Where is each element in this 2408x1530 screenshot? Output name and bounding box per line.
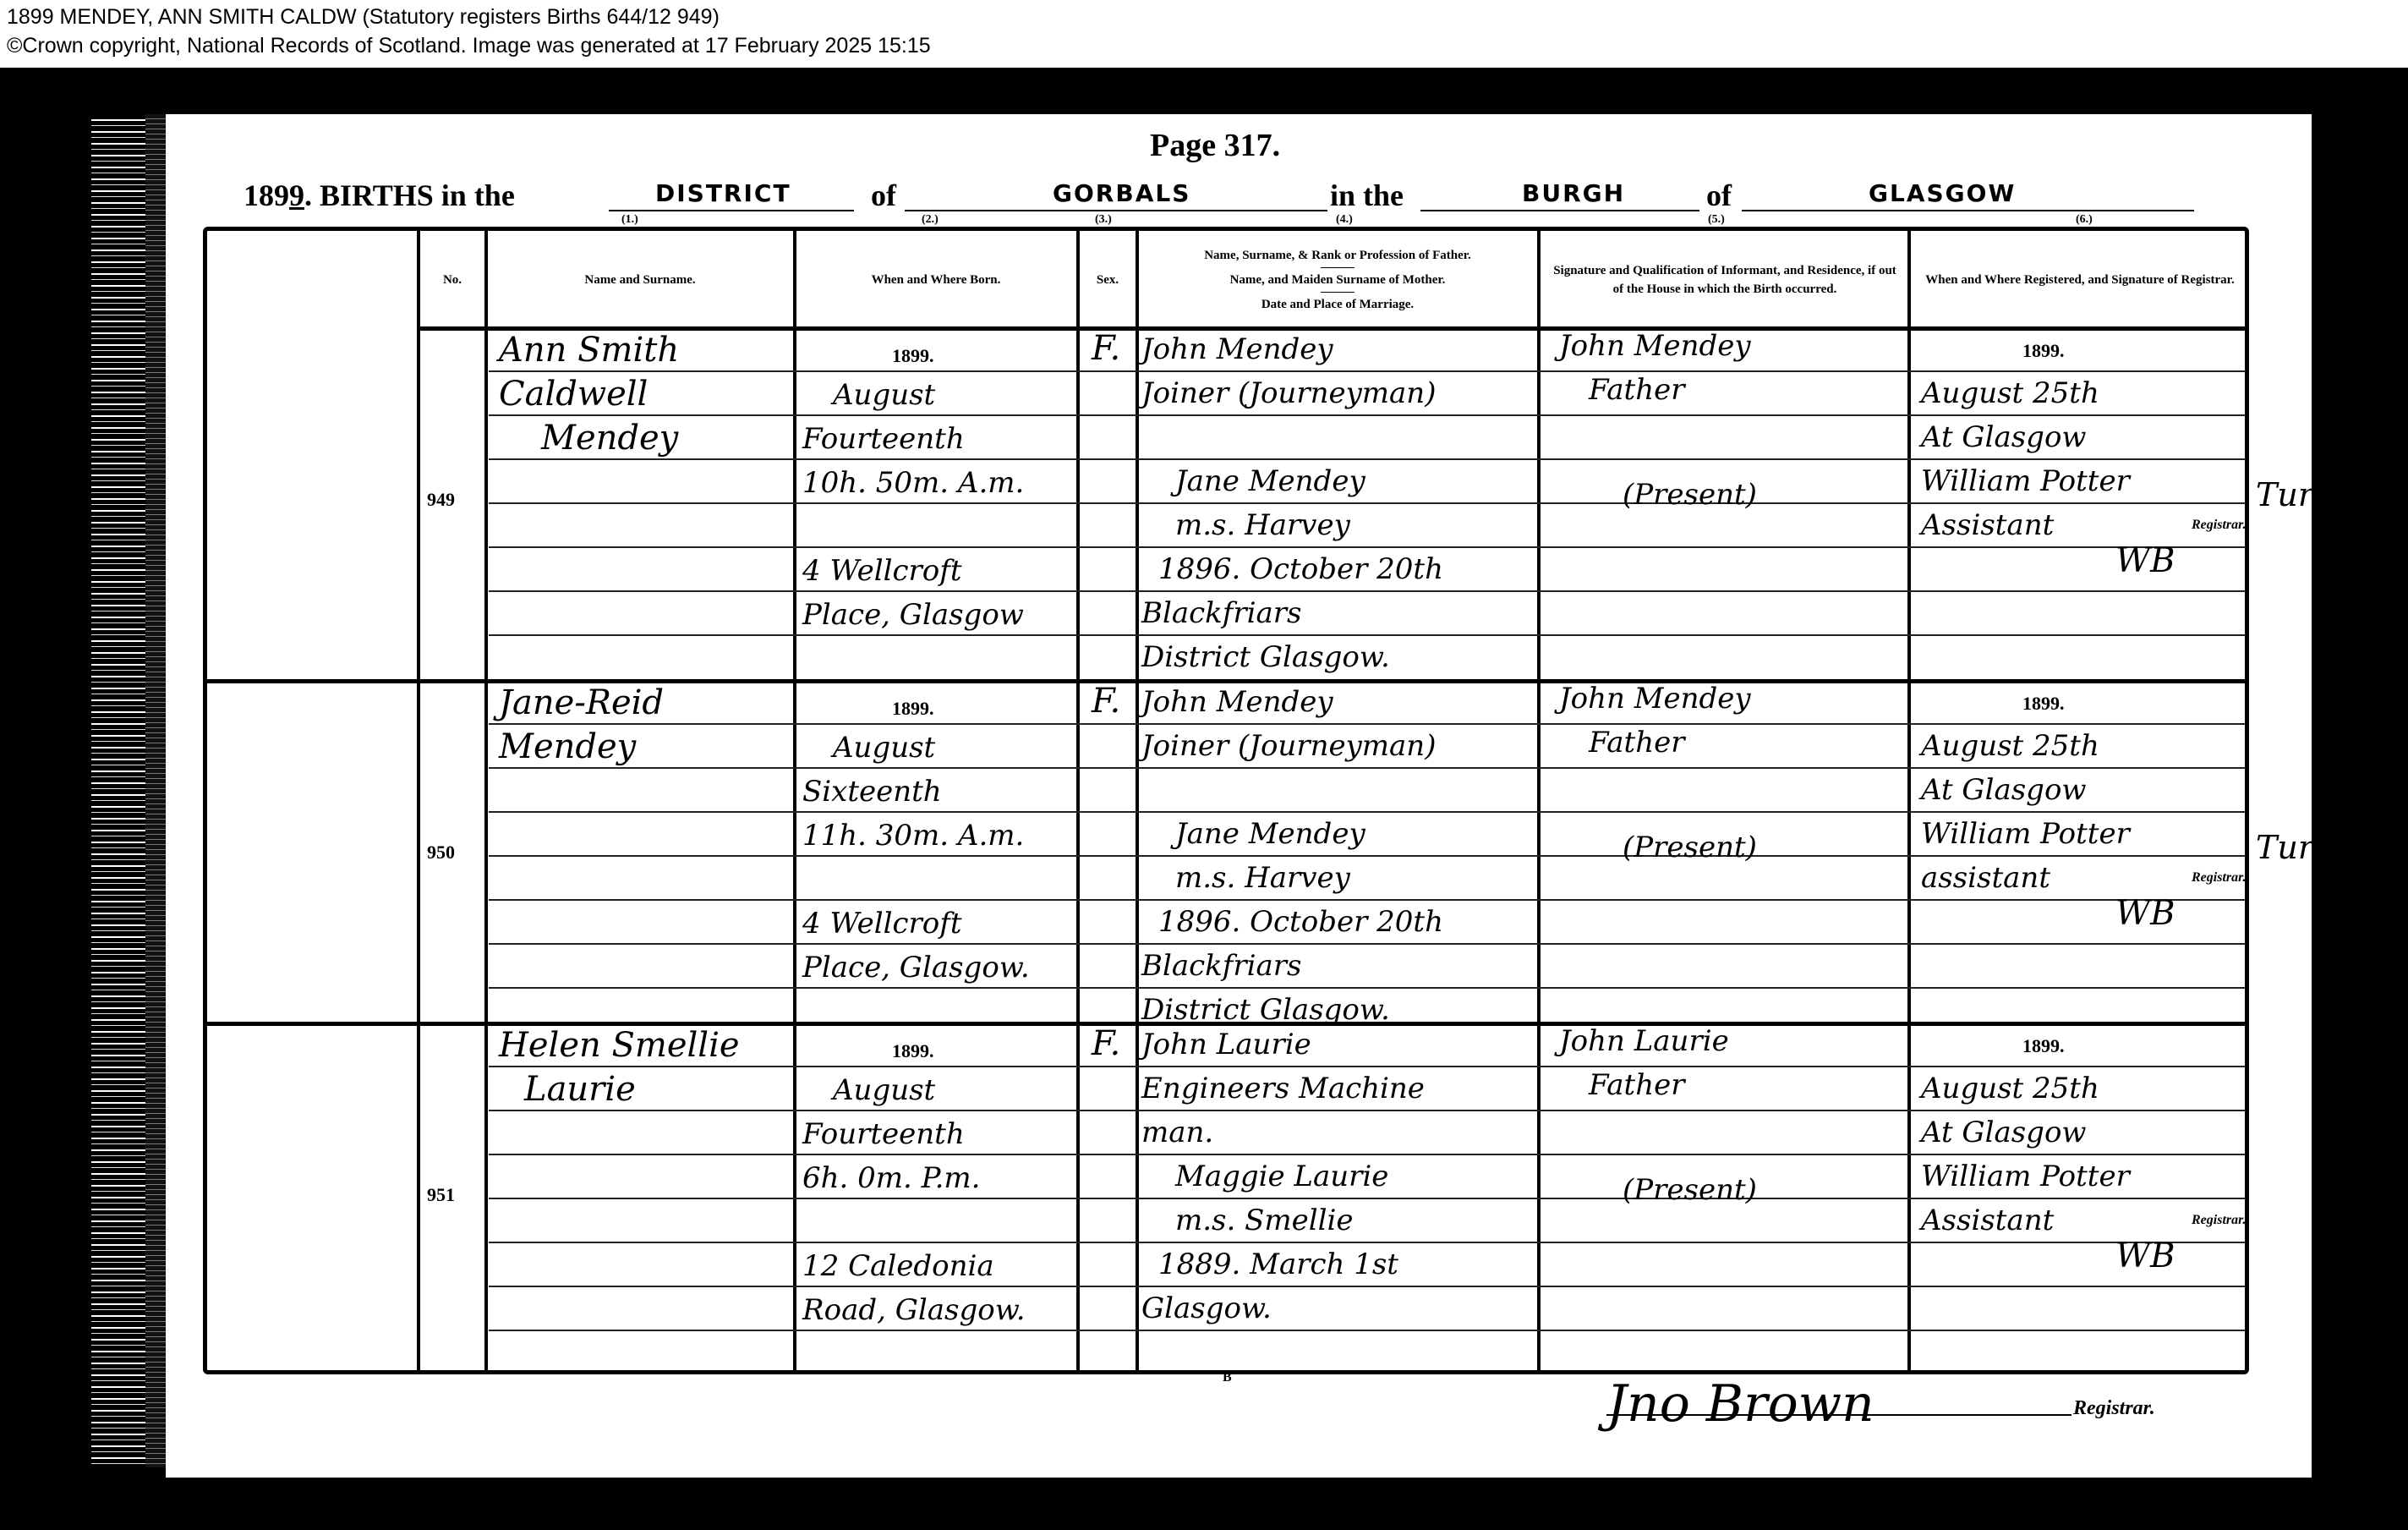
column-number-2: (2.) — [922, 213, 939, 227]
ruled-line — [489, 1198, 2246, 1199]
child-name-line: Laurie — [524, 1072, 636, 1106]
birth-detail-line: Sixteenth — [802, 777, 942, 806]
district-name: GORBALS — [1053, 179, 1190, 207]
in-the-label: in the — [1330, 178, 1404, 213]
ruled-line — [489, 1330, 2246, 1331]
burgh-name: GLASGOW — [1869, 179, 2016, 207]
registration-year: 1899. — [2022, 694, 2065, 713]
header-informant: Signature and Qualification of Informant… — [1547, 235, 1902, 325]
entry-number: 949 — [427, 489, 455, 511]
ruled-line — [489, 414, 2246, 416]
child-name-line: Helen Smellie — [499, 1028, 740, 1062]
ruled-line — [489, 546, 2246, 548]
parent-detail-line: Blackfriars — [1141, 599, 1301, 628]
header-no-label: No. — [420, 235, 484, 325]
copyright-notice: ©Crown copyright, National Records of Sc… — [7, 34, 931, 58]
register-title: 1899. BIRTHS in the — [244, 178, 515, 213]
sex-value: F. — [1092, 684, 1120, 718]
final-registrar-label: Registrar. — [2073, 1397, 2155, 1420]
parent-detail-line: man. — [1141, 1118, 1213, 1147]
ruled-line — [489, 811, 2246, 813]
divider-father — [1537, 227, 1541, 1374]
informant-line: (Present) — [1623, 480, 1757, 509]
header-born: When and Where Born. — [796, 235, 1075, 325]
header-bottom-rule — [417, 326, 2249, 331]
registration-line: assistant — [1921, 864, 2050, 892]
informant-line: John Mendey — [1559, 684, 1751, 713]
birth-detail-line: 6h. 0m. P.m. — [802, 1164, 980, 1193]
child-name-line: Ann Smith — [499, 333, 679, 367]
of-label-1: of — [871, 178, 896, 213]
child-name-line: Mendey — [541, 421, 678, 455]
registration-year: 1899. — [2022, 342, 2065, 360]
registration-line: William Potter — [1921, 1162, 2130, 1191]
ruled-line — [489, 855, 2246, 857]
divider-margin — [417, 227, 420, 1374]
birth-detail-line: 4 Wellcroft — [802, 557, 962, 585]
informant-line: (Present) — [1623, 1176, 1757, 1204]
ruled-line — [489, 1286, 2246, 1287]
entry-number: 951 — [427, 1184, 455, 1206]
registrar-label: Registrar. — [2192, 1214, 2246, 1227]
burgh-type-underline — [1420, 210, 1699, 211]
informant-line: Father — [1589, 728, 1685, 757]
parent-detail-line: m.s. Harvey — [1175, 864, 1350, 892]
parent-detail-line: District Glasgow. — [1141, 643, 1390, 672]
ruled-line — [489, 943, 2246, 945]
registration-line: At Glasgow — [1921, 423, 2087, 452]
ruled-line — [489, 987, 2246, 989]
registrar-label: Registrar. — [2192, 518, 2246, 532]
parent-detail-line: m.s. Harvey — [1175, 511, 1350, 540]
margin-annotation: Turin — [2256, 476, 2345, 513]
page-number: Page 317. — [1150, 127, 1280, 164]
birth-detail-line: August — [833, 1076, 935, 1105]
registrar-initials: WB — [2115, 1239, 2175, 1273]
ruled-line — [489, 1154, 2246, 1155]
birth-detail-line: Road, Glasgow. — [802, 1296, 1026, 1324]
burgh-type: BURGH — [1522, 179, 1625, 207]
column-number-5: (5.) — [1708, 213, 1725, 227]
registration-line: August 25th — [1921, 379, 2099, 408]
informant-line: Father — [1589, 1071, 1685, 1100]
entry-number: 950 — [427, 842, 455, 864]
births-label: . BIRTHS in the — [304, 178, 515, 212]
informant-line: John Laurie — [1559, 1027, 1729, 1056]
parent-detail-line: Jane Mendey — [1175, 467, 1365, 496]
registrar-initials: WB — [2115, 897, 2175, 930]
birth-detail-line: August — [833, 733, 935, 762]
child-name-line: Caldwell — [499, 377, 648, 411]
header-registered: When and Where Registered, and Signature… — [1924, 235, 2236, 325]
birth-year: 1899. — [892, 1042, 934, 1061]
sex-value: F. — [1092, 1027, 1120, 1061]
registration-line: Assistant — [1921, 1206, 2054, 1235]
birth-detail-line: Fourteenth — [802, 425, 965, 453]
birth-detail-line: 4 Wellcroft — [802, 909, 962, 938]
district-type: DISTRICT — [655, 179, 791, 207]
parent-detail-line: Engineers Machine — [1141, 1074, 1425, 1103]
year-digit: 9 — [289, 178, 304, 212]
registrar-label: Registrar. — [2192, 871, 2246, 885]
registration-line: At Glasgow — [1921, 776, 2087, 804]
birth-year: 1899. — [892, 347, 934, 365]
parent-detail-line: District Glasgow. — [1141, 995, 1390, 1024]
birth-detail-line: 11h. 30m. A.m. — [802, 821, 1024, 850]
page-binding-edge — [91, 114, 150, 1467]
header-name: Name and Surname. — [488, 235, 792, 325]
ruled-line — [489, 1066, 2246, 1067]
parent-detail-line: John Laurie — [1141, 1030, 1311, 1059]
burgh-name-underline — [1742, 210, 2194, 211]
child-name-line: Jane-Reid — [499, 686, 664, 720]
parent-detail-line: John Mendey — [1141, 688, 1333, 716]
birth-detail-line: August — [833, 381, 935, 409]
registration-line: Assistant — [1921, 511, 2054, 540]
bottom-mark: B — [1223, 1370, 1232, 1385]
parent-detail-line: John Mendey — [1141, 335, 1333, 364]
column-number-1: (1.) — [621, 213, 638, 227]
parent-detail-line: 1896. October 20th — [1158, 908, 1443, 936]
ruled-line — [489, 590, 2246, 592]
ruled-line — [489, 634, 2246, 636]
column-number-3: (3.) — [1095, 213, 1112, 227]
parent-detail-line: Joiner (Journeyman) — [1141, 379, 1436, 408]
child-name-line: Mendey — [499, 730, 636, 764]
registration-line: At Glasgow — [1921, 1118, 2087, 1147]
birth-detail-line: 12 Caledonia — [802, 1252, 994, 1280]
birth-detail-line: Place, Glasgow — [802, 600, 1024, 629]
registration-year: 1899. — [2022, 1037, 2065, 1056]
ruled-line — [489, 1242, 2246, 1243]
column-number-6: (6.) — [2076, 213, 2093, 227]
registration-line: August 25th — [1921, 732, 2099, 760]
header-father: Name, Surname, & Rank or Profession of F… — [1139, 235, 1536, 325]
informant-line: Father — [1589, 376, 1685, 404]
parent-detail-line: 1896. October 20th — [1158, 555, 1443, 584]
ruled-line — [489, 1110, 2246, 1111]
registration-line: August 25th — [1921, 1074, 2099, 1103]
title-bar: 1899 MENDEY, ANN SMITH CALDW (Statutory … — [0, 0, 2408, 68]
final-registrar-signature: Jno Brown — [1606, 1374, 1874, 1434]
parent-detail-line: Jane Mendey — [1175, 820, 1365, 848]
parent-detail-line: m.s. Smellie — [1175, 1206, 1354, 1235]
margin-annotation: Turin — [2256, 829, 2345, 866]
year-prefix: 189 — [244, 178, 289, 212]
ruled-line — [489, 899, 2246, 901]
parent-detail-line: Blackfriars — [1141, 951, 1301, 980]
record-title: 1899 MENDEY, ANN SMITH CALDW (Statutory … — [7, 5, 720, 30]
district-type-underline — [609, 210, 854, 211]
ruled-line — [489, 723, 2246, 725]
header-sex: Sex. — [1080, 235, 1136, 325]
page-binding-shadow — [145, 114, 166, 1467]
ruled-line — [489, 502, 2246, 504]
birth-year: 1899. — [892, 699, 934, 718]
registration-line: William Potter — [1921, 820, 2130, 848]
divider-name — [793, 227, 796, 1374]
informant-line: (Present) — [1623, 833, 1757, 862]
parent-detail-line: Maggie Laurie — [1175, 1162, 1388, 1191]
ruled-line — [489, 458, 2246, 460]
divider-no — [484, 227, 488, 1374]
divider-informant — [1907, 227, 1911, 1374]
registrar-initials: WB — [2115, 544, 2175, 578]
parent-detail-line: Joiner (Journeyman) — [1141, 732, 1436, 760]
parent-detail-line: Glasgow. — [1141, 1294, 1272, 1323]
birth-detail-line: 10h. 50m. A.m. — [802, 469, 1024, 497]
of-label-2: of — [1706, 178, 1732, 213]
birth-detail-line: Place, Glasgow. — [802, 953, 1030, 982]
informant-line: John Mendey — [1559, 332, 1751, 360]
divider-born — [1076, 227, 1080, 1374]
birth-detail-line: Fourteenth — [802, 1120, 965, 1149]
column-number-4: (4.) — [1336, 213, 1353, 227]
divider-sex — [1136, 227, 1139, 1374]
ruled-line — [489, 370, 2246, 372]
district-name-underline — [905, 210, 1327, 211]
sex-value: F. — [1092, 332, 1120, 365]
registration-line: William Potter — [1921, 467, 2130, 496]
parent-detail-line: 1889. March 1st — [1158, 1250, 1398, 1279]
ruled-line — [489, 767, 2246, 769]
